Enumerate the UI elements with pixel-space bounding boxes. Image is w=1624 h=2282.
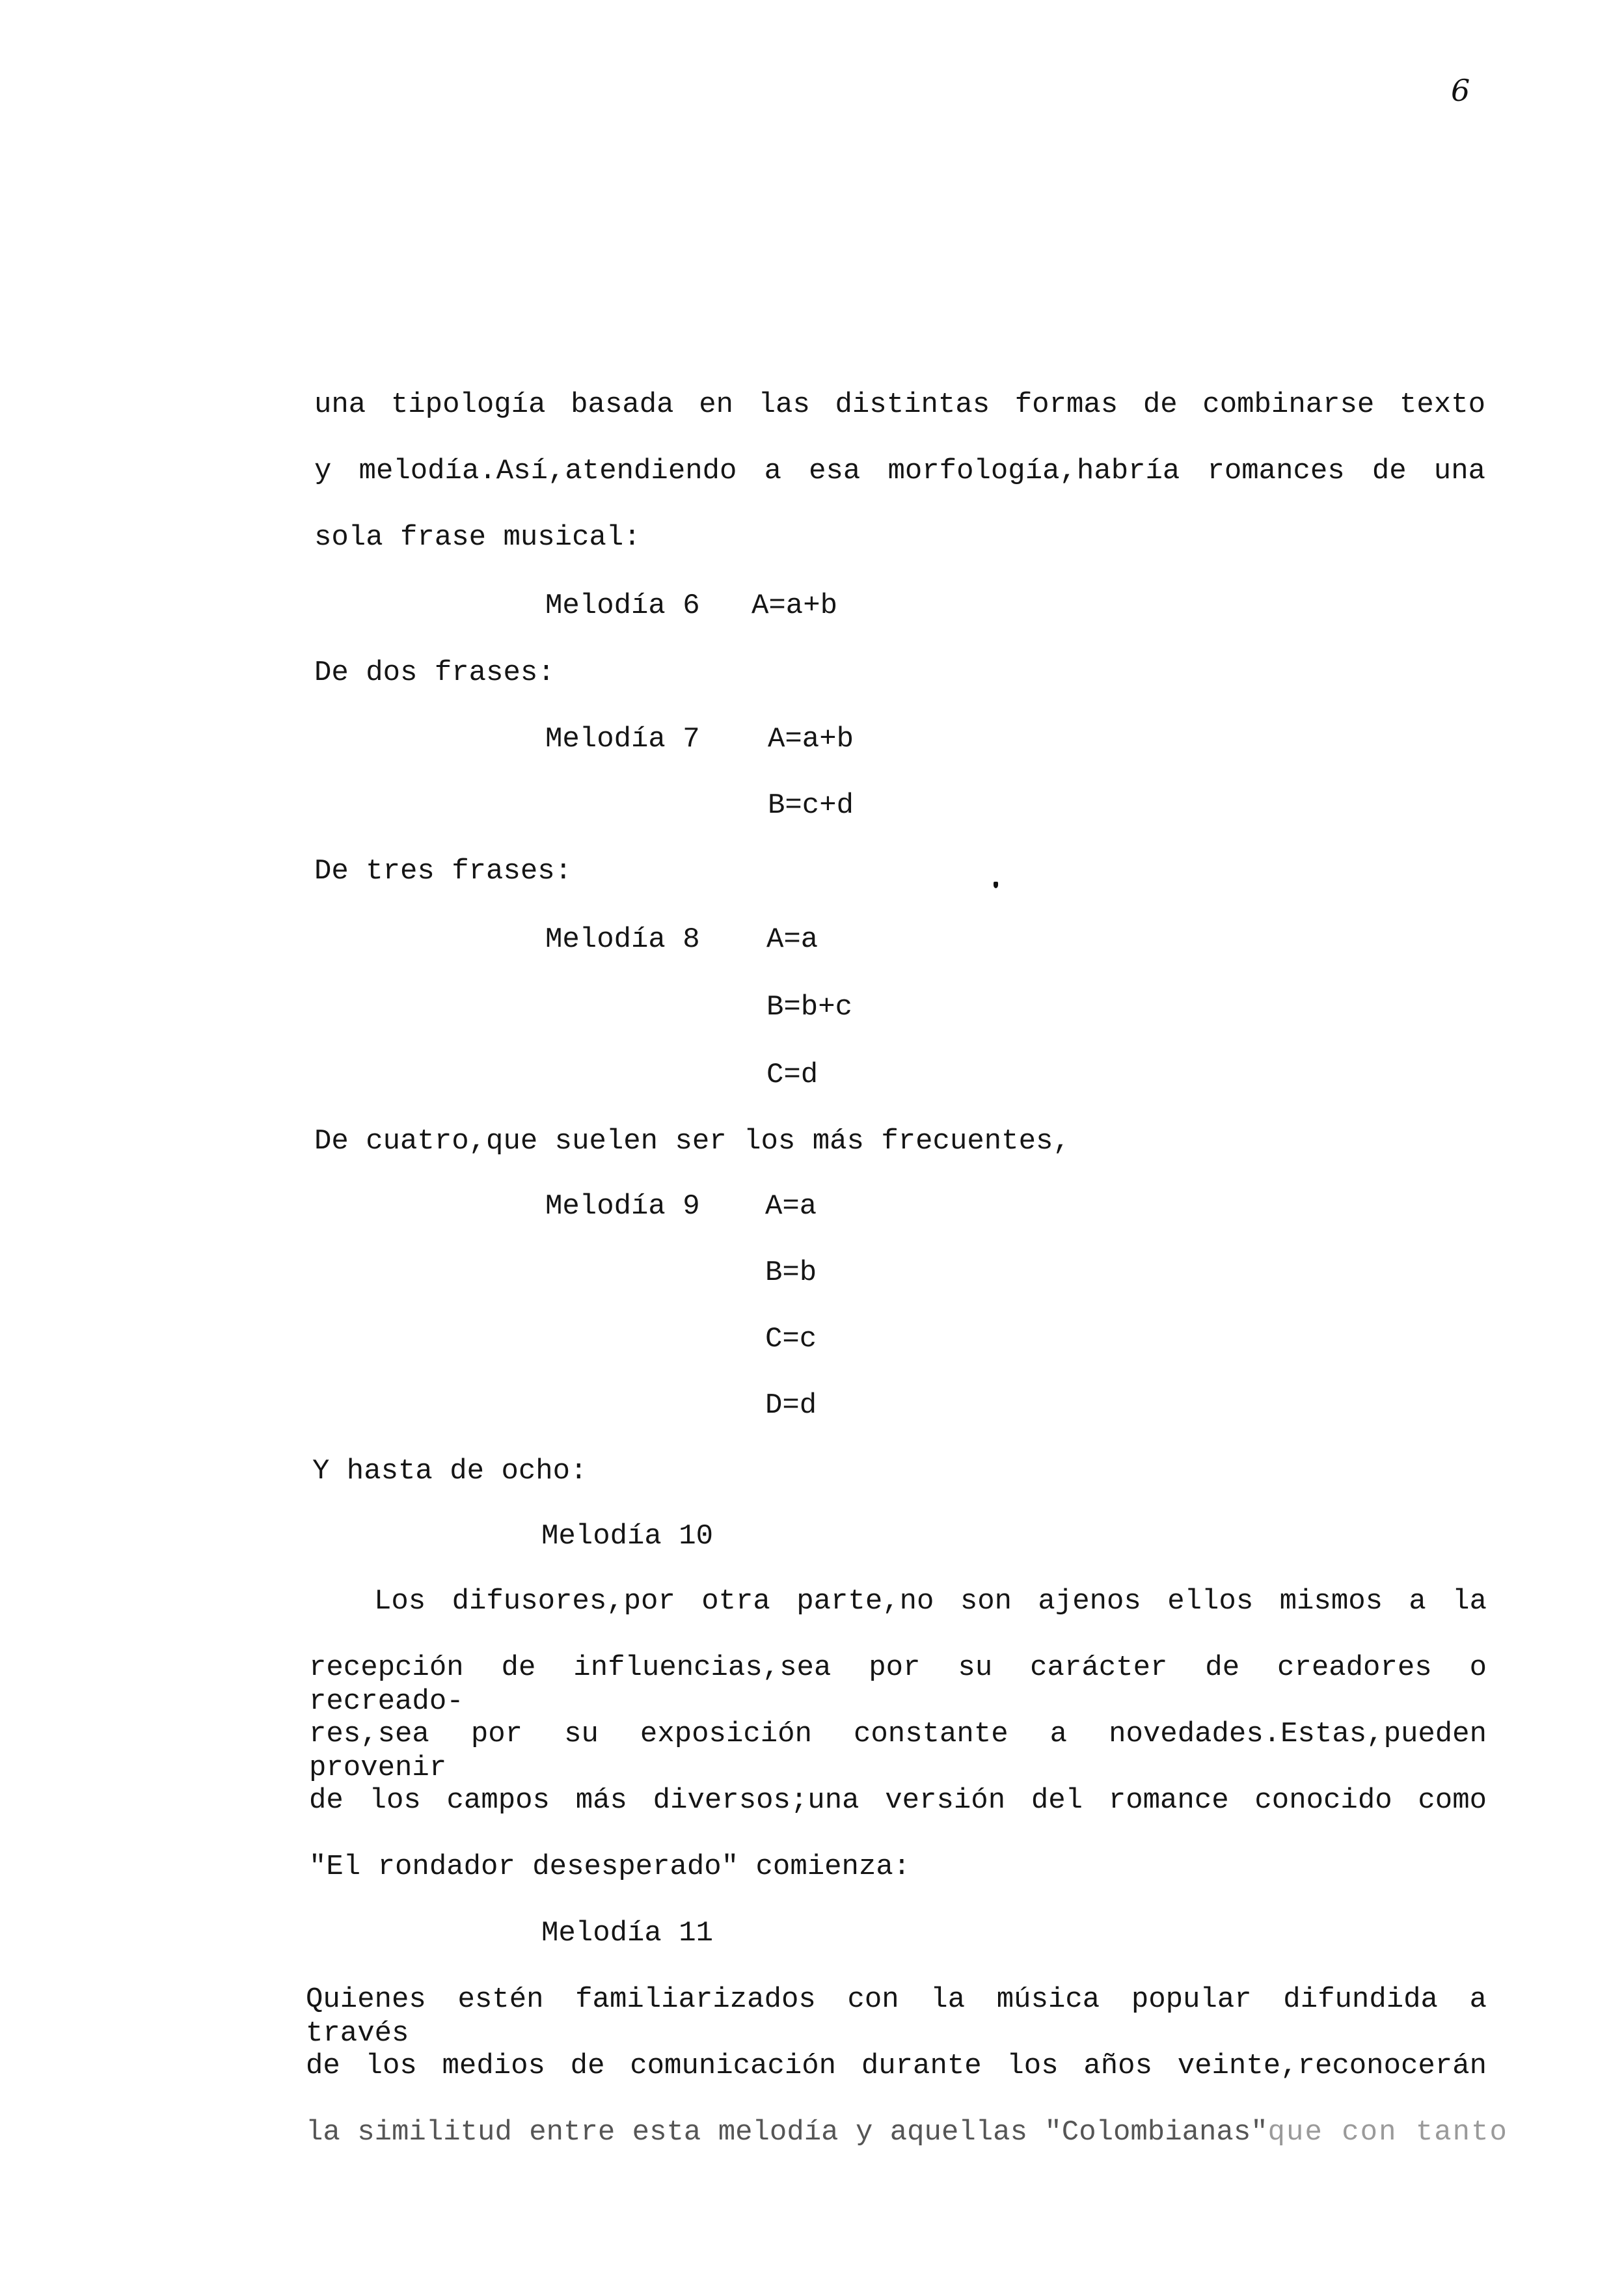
body-line: de los campos más diversos;una versión d… (309, 1784, 1487, 1817)
melody-formula: C=c (765, 1322, 817, 1356)
melody-label: Melodía 6 (545, 589, 700, 623)
document-page: 6 una tipología basada en las distintas … (0, 0, 1624, 2282)
page-number: 6 (1451, 73, 1470, 108)
melody-formula: A=a (765, 1189, 817, 1223)
body-line: Y hasta de ocho: (312, 1454, 587, 1488)
body-line: de los medios de comunicación durante lo… (306, 2049, 1487, 2083)
body-line: De tres frases: (314, 854, 572, 888)
melody-label: Melodía 7 (545, 722, 700, 756)
melody-formula: C=d (766, 1058, 818, 1092)
melody-label: Melodía 8 (545, 923, 700, 957)
body-line: una tipología basada en las distintas fo… (314, 388, 1485, 422)
melody-label: Melodía 11 (541, 1916, 713, 1950)
body-line: Los difusores,por otra parte,no son ajen… (374, 1584, 1487, 1618)
faded-text: que con tanto (1268, 2116, 1508, 2149)
melody-formula: A=a+b (768, 722, 854, 756)
melody-formula: B=b (765, 1256, 817, 1290)
melody-formula: A=a+b (751, 589, 837, 623)
body-line: recepción de influencias,sea por su cará… (309, 1651, 1487, 1718)
body-line: De dos frases: (314, 656, 555, 690)
ink-mark (994, 882, 998, 888)
melody-label: Melodía 9 (545, 1189, 700, 1223)
body-line: "El rondador desesperado" comienza: (309, 1850, 910, 1884)
body-line: De cuatro,que suelen ser los más frecuen… (314, 1124, 1070, 1158)
body-line: sola frase musical: (314, 521, 641, 554)
melody-formula: D=d (765, 1389, 817, 1422)
melody-formula: B=b+c (766, 990, 852, 1024)
body-line: la similitud entre esta melodía y aquell… (306, 2115, 1508, 2149)
body-line: res,sea por su exposición constante a no… (309, 1717, 1487, 1785)
body-line-text: la similitud entre esta melodía y aquell… (306, 2116, 1268, 2149)
melody-formula: B=c+d (768, 789, 854, 822)
melody-label: Melodía 10 (541, 1519, 713, 1553)
body-line: Quienes estén familiarizados con la músi… (306, 1983, 1487, 2050)
melody-formula: A=a (766, 923, 818, 957)
body-line: y melodía.Así,atendiendo a esa morfologí… (314, 454, 1485, 488)
